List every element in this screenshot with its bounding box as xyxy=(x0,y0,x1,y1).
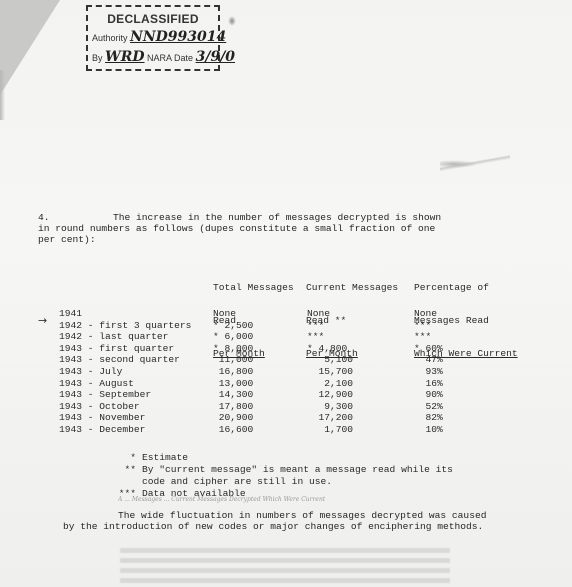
period-cell: 1942 - first 3 quarters xyxy=(59,320,191,331)
closing-line-2: by the introduction of new codes or majo… xyxy=(63,521,483,532)
total-cell: 16,800 xyxy=(213,366,253,377)
percentage-cell: * 60% xyxy=(414,343,443,354)
percentage-cell: 82% xyxy=(414,412,443,423)
handwritten-arrow-icon: → xyxy=(38,314,47,327)
period-cell: 1943 - first quarter xyxy=(59,343,174,354)
period-cell: 1943 - December xyxy=(59,424,145,435)
paragraph-number: 4. xyxy=(38,212,50,223)
paragraph-line-3: per cent): xyxy=(38,234,96,245)
period-cell: 1943 - October xyxy=(59,401,140,412)
percentage-cell: *** xyxy=(414,331,431,342)
stamp-nara-label: NARA Date xyxy=(147,53,193,63)
total-cell: 13,000 xyxy=(213,378,253,389)
total-cell: 14,300 xyxy=(213,389,253,400)
footnote-symbol: ** xyxy=(112,464,136,476)
total-cell: 11,000 xyxy=(213,354,253,365)
stamp-authority-value: NND993014 xyxy=(130,29,226,45)
footnote-text: By "current message" is meant a message … xyxy=(142,464,453,476)
footnote-symbol: * xyxy=(112,452,136,464)
current-cell: 15,700 xyxy=(307,366,353,377)
ink-smudge xyxy=(228,16,236,26)
total-cell: 16,600 xyxy=(213,424,253,435)
handwritten-note: A ... Messages ... Current Messages Decr… xyxy=(118,496,498,504)
closing-line-1: The wide fluctuation in numbers of messa… xyxy=(118,510,486,521)
stamp-title: DECLASSIFIED xyxy=(88,12,218,26)
current-cell: * 4,800 xyxy=(307,343,347,354)
total-cell: 17,800 xyxy=(213,401,253,412)
percentage-cell: 90% xyxy=(414,389,443,400)
document-page: DECLASSIFIED Authority NND993014 By WRD … xyxy=(0,0,572,587)
footnote-text: code and cipher are still in use. xyxy=(142,476,332,488)
current-cell: 17,200 xyxy=(307,412,353,423)
header-text: Percentage of xyxy=(414,282,518,293)
stamp-authority-label: Authority xyxy=(92,33,128,43)
total-cell: * 8,000 xyxy=(213,343,253,354)
total-cell: 20,900 xyxy=(213,412,253,423)
percentage-cell: *** xyxy=(414,320,431,331)
stamp-by-value: WRD xyxy=(105,49,145,65)
percentage-cell: 47% xyxy=(414,354,443,365)
percentage-cell: 10% xyxy=(414,424,443,435)
footnote-text: Estimate xyxy=(142,452,188,464)
period-cell: 1943 - August xyxy=(59,378,134,389)
current-cell: 12,900 xyxy=(307,389,353,400)
page-edge-shadow xyxy=(0,70,5,120)
stamp-date-value: 3/9/0 xyxy=(196,49,235,65)
percentage-cell: 16% xyxy=(414,378,443,389)
stamp-by-label: By xyxy=(92,53,103,63)
total-cell: None xyxy=(213,308,236,319)
period-cell: 1942 - last quarter xyxy=(59,331,168,342)
total-cell: * 6,000 xyxy=(213,331,253,342)
current-cell: *** xyxy=(307,331,324,342)
current-cell: None xyxy=(307,308,330,319)
period-cell: 1943 - second quarter xyxy=(59,354,180,365)
percentage-cell: 93% xyxy=(414,366,443,377)
bleed-through-text xyxy=(120,548,450,587)
current-cell: 5,100 xyxy=(307,354,353,365)
stamp-by-line: By WRD NARA Date 3/9/0 xyxy=(92,49,235,65)
period-cell: 1941 xyxy=(59,308,82,319)
current-cell: 9,300 xyxy=(307,401,353,412)
stamp-authority-line: Authority NND993014 xyxy=(92,29,226,45)
period-cell: 1943 - July xyxy=(59,366,122,377)
folded-corner xyxy=(0,0,60,95)
header-text: Current Messages xyxy=(306,282,398,293)
header-text: Total Messages xyxy=(213,282,294,293)
period-cell: 1943 - November xyxy=(59,412,145,423)
paragraph-line-2: in round numbers as follows (dupes const… xyxy=(38,223,435,234)
paragraph-line-1: The increase in the number of messages d… xyxy=(113,212,441,223)
percentage-cell: 52% xyxy=(414,401,443,412)
current-cell: 1,700 xyxy=(307,424,353,435)
declassified-stamp: DECLASSIFIED Authority NND993014 By WRD … xyxy=(86,5,220,71)
current-cell: *** xyxy=(307,320,324,331)
percentage-cell: None xyxy=(414,308,437,319)
faint-stamp-mark xyxy=(440,155,510,173)
period-cell: 1943 - September xyxy=(59,389,151,400)
total-cell: * 2,500 xyxy=(213,320,253,331)
current-cell: 2,100 xyxy=(307,378,353,389)
